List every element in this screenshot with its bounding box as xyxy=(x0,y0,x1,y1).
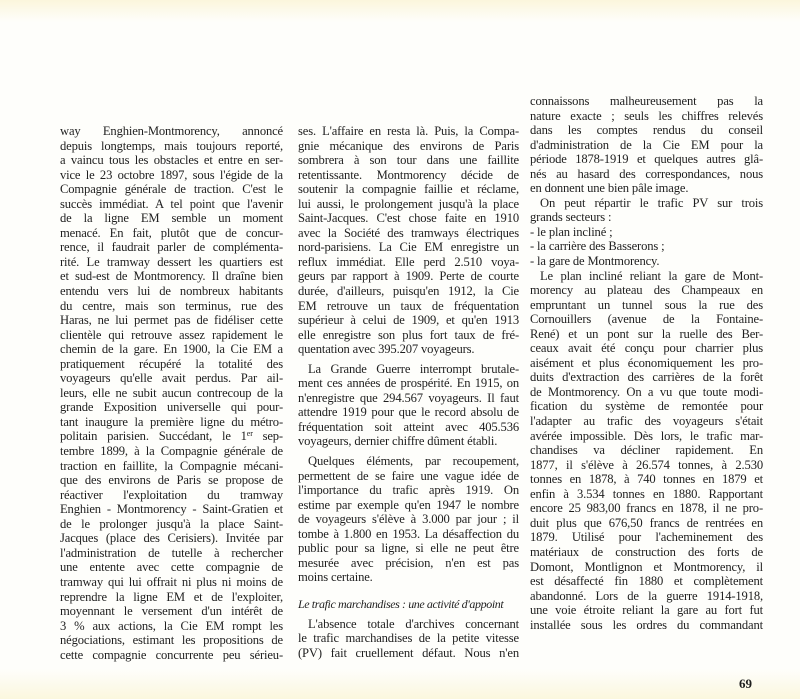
text-line: période 1878-1919 et quelques autres glâ… xyxy=(530,152,763,167)
text-line: 3 % aux actions, la Cie EM rompt les xyxy=(60,619,283,634)
text-line: nord-parisiens. La Cie EM enregistre un xyxy=(298,240,519,255)
text-line: l'administration de tutelle à rechercher xyxy=(60,546,283,561)
text-line: gnie mécanique des environs de Paris xyxy=(298,139,519,154)
text-line: durée, d'ailleurs, puisqu'en 1912, la Ci… xyxy=(298,284,519,299)
text-line: de Montmorency. On a vu que toute modi- xyxy=(530,385,763,400)
text-line: avérée impossible. Dès lors, le trafic m… xyxy=(530,429,763,444)
text-line: rence, il faudrait parler de complémenta… xyxy=(60,240,283,255)
text-line: tombe à 1.800 en 1953. La désaffection d… xyxy=(298,527,519,542)
text-line: duit plus que 676,50 francs de rentrées … xyxy=(530,516,763,531)
text-line: dans les comptes rendus du conseil xyxy=(530,123,763,138)
text-line: que des environs de Paris se propose de xyxy=(60,473,283,488)
text-line: de voyageurs s'élève à 3.000 par jour ; … xyxy=(298,512,519,527)
text-line: supérieur à celui de 1909, et qu'en 1913 xyxy=(298,313,519,328)
text-line: EM retrouve un taux de fréquentation xyxy=(298,299,519,314)
text-line: leurs, elle ne subit aucun contrecoup de… xyxy=(60,386,283,401)
text-line-with-superscript: politain parisien. Succédant, le 1er sep… xyxy=(60,429,283,444)
text-line: attendre 1919 pour que le record absolu … xyxy=(298,405,519,420)
text-line: d'administration de la Cie EM pour la xyxy=(530,138,763,153)
text-line: nature exacte ; seuls les chiffres relev… xyxy=(530,109,763,124)
text-line: Enghien - Montmorency - Saint-Gratien et xyxy=(60,502,283,517)
text-line: depuis longtemps, mais toujours reporté, xyxy=(60,139,283,154)
text-line: public pour sa ligne, si elle ne peut êt… xyxy=(298,541,519,556)
text-line: duits d'extraction des carrières de la f… xyxy=(530,370,763,385)
text-line: enfin à 3.534 tonnes en 1880. Rapportant xyxy=(530,487,763,502)
text-line: 1879. Utilisé pour l'acheminement des xyxy=(530,530,763,545)
text-line: quentation avec 395.207 voyageurs. xyxy=(298,342,519,357)
text-line: une voie étroite reliant la gare au fort… xyxy=(530,603,763,618)
text-line: ceaux avait été conçu pour charrier plus xyxy=(530,341,763,356)
text-column-middle: ses. L'affaire en resta là. Puis, la Com… xyxy=(298,124,519,660)
text-line: n'enregistre que 294.567 voyageurs. Il f… xyxy=(298,391,519,406)
text-line: tembre 1899, à la Compagnie générale de xyxy=(60,444,283,459)
text-line: menacé. En fait, plutôt que de concur- xyxy=(60,226,283,241)
text-line: way Enghien-Montmorency, annoncé xyxy=(60,124,283,139)
text-line: le trafic marchandises de la petite vite… xyxy=(298,631,519,646)
section-gap xyxy=(298,585,519,597)
text-line: chemin de la gare. En 1900, la Cie EM a xyxy=(60,342,283,357)
text-line: matériaux de construction des forts de xyxy=(530,545,763,560)
text-line: Saint-Jacques. C'est chose faite en 1910 xyxy=(298,211,519,226)
text-line: de la ligne EM semble un moment xyxy=(60,211,283,226)
text-line: entendu vers lui de nombreux habitants xyxy=(60,284,283,299)
text-line: moyennant le versement d'un intérêt de xyxy=(60,604,283,619)
text-line: tramway qui lui offrait ni plus ni moins… xyxy=(60,575,283,590)
page-number: 69 xyxy=(739,676,752,692)
text-column-left: way Enghien-Montmorency, annoncé depuis … xyxy=(60,124,283,662)
text-line: Jacques (place des Cerisiers). Invitée p… xyxy=(60,531,283,546)
text-line: ses. L'affaire en resta là. Puis, la Com… xyxy=(298,124,519,139)
text-line: a vaincu tous les obstacles et entre en … xyxy=(60,153,283,168)
text-line: aisément et plus économiquement les pro- xyxy=(530,356,763,371)
text-line: René) et un pont sur la ruelle des Ber- xyxy=(530,327,763,342)
text-line: sombrera à son tour dans une faillite xyxy=(298,153,519,168)
text-line: l'adapter au trafic des voyageurs s'étai… xyxy=(530,414,763,429)
page-edge-bottom xyxy=(0,669,800,699)
text-line: pratiquement récupéré la totalité des xyxy=(60,357,283,372)
text-line: L'absence totale d'archives concernant xyxy=(298,617,519,632)
text-line: retentissante. Montmorency décide de xyxy=(298,168,519,183)
text-line: reflux immédiat. Elle perd 2.510 voya- xyxy=(298,255,519,270)
text-line: Quelques éléments, par recoupement, xyxy=(298,454,519,469)
text-line: tonnes en 1878, à 740 tonnes en 1879 et xyxy=(530,472,763,487)
text-line: rité. Le tramway dessert les quartiers e… xyxy=(60,255,283,270)
text-line: permettent de se faire une vague idée de xyxy=(298,469,519,484)
text-line: traction en faillite, la Compagnie mécan… xyxy=(60,459,283,474)
text-line: voyageurs, dernier chiffre dûment établi… xyxy=(298,434,519,449)
text-line: est désaffecté fin 1880 et complètement xyxy=(530,574,763,589)
text-line: lui aussi, le prolongement jusqu'à la pl… xyxy=(298,197,519,212)
text-line: Compagnie générale de traction. C'est le xyxy=(60,182,283,197)
text-line: réactiver l'exploitation du tramway xyxy=(60,488,283,503)
text-line: 1877, il s'élève à 26.574 tonnes, à 2.53… xyxy=(530,458,763,473)
text-line: tant inaugure la première ligne du métro… xyxy=(60,415,283,430)
text-line: abandonné. Lors de la guerre 1914-1918, xyxy=(530,589,763,604)
text-line: nés au hasard des correspondances, nous xyxy=(530,167,763,182)
text-line: en donnent une bien pâle image. xyxy=(530,181,763,196)
text-line: encore 25 983,00 francs en 1878, il ne p… xyxy=(530,501,763,516)
text-line: et sud-est de Montmorency. Il draîne bie… xyxy=(60,269,283,284)
text-column-right: connaissons malheureusement pas la natur… xyxy=(530,94,763,632)
text-line: Cornouillers (avenue de la Fontaine- xyxy=(530,312,763,327)
list-item: - la carrière des Basserons ; xyxy=(530,239,763,254)
text-line: vice le 23 octobre 1897, sous l'égide de… xyxy=(60,168,283,183)
text-line: chandises va décliner rapidement. En xyxy=(530,443,763,458)
text-line: installée sous les ordres du commandant xyxy=(530,618,763,633)
text-line: soutenir la compagnie faillie et réclame… xyxy=(298,182,519,197)
text-line: avec la Société des tramways électriques xyxy=(298,226,519,241)
text-line: elle enregistre son plus fort taux de fr… xyxy=(298,328,519,343)
text-line: (PV) fait cruellement défaut. Nous n'en xyxy=(298,646,519,661)
text-line: voyageurs qu'elle avait perdus. Par ail- xyxy=(60,371,283,386)
text-line: l'importance du trafic après 1919. On xyxy=(298,483,519,498)
text-line: grande Exposition universelle qui pour- xyxy=(60,400,283,415)
text-line: succès immédiat. A tel point que l'aveni… xyxy=(60,197,283,212)
text-line: fication du système de remontée pour xyxy=(530,399,763,414)
text-line: geurs par rapport à 1909. Perte de court… xyxy=(298,269,519,284)
text-line: clientèle qui retrouve assez rapidement … xyxy=(60,328,283,343)
text-line: Le plan incliné reliant la gare de Mont- xyxy=(530,269,763,284)
text-line: Domont, Montlignon et Montmorency, il xyxy=(530,560,763,575)
text-line: du centre, mais son terminus, rue des xyxy=(60,299,283,314)
text-line: La Grande Guerre interrompt brutale- xyxy=(298,362,519,377)
text-line: une entente avec cette compagnie de xyxy=(60,560,283,575)
text-line: Haras, ne lui permet pas de fidéliser ce… xyxy=(60,313,283,328)
text-line: fréquentation soit atteint avec 405.536 xyxy=(298,420,519,435)
text-line: On peut répartir le trafic PV sur trois xyxy=(530,196,763,211)
text-line: grands secteurs : xyxy=(530,210,763,225)
text-line: ment ces années de prospérité. En 1915, … xyxy=(298,376,519,391)
page-edge-top xyxy=(0,0,800,22)
text-line: empruntant un tunnel sous la rue des xyxy=(530,298,763,313)
text-line: estime par exemple qu'en 1947 le nombre xyxy=(298,498,519,513)
text-line: connaissons malheureusement pas la xyxy=(530,94,763,109)
list-item: - le plan incliné ; xyxy=(530,225,763,240)
text-line: moins certaine. xyxy=(298,570,519,585)
text-line: reprendre la ligne EM et de l'exploiter, xyxy=(60,590,283,605)
section-subheading: Le trafic marchandises : une activité d'… xyxy=(298,597,519,612)
text-line: négociations, estimant les propositions … xyxy=(60,633,283,648)
text-line: de le prolonger jusqu'à la place Saint- xyxy=(60,517,283,532)
text-fragment: sep- xyxy=(253,429,283,443)
list-item: - la gare de Montmorency. xyxy=(530,254,763,269)
text-line: mesurée avec précision, n'en est pas xyxy=(298,556,519,571)
text-line: morency au plateau des Champeaux en xyxy=(530,283,763,298)
text-fragment: politain parisien. Succédant, le 1 xyxy=(60,429,247,443)
text-line: cette compagnie concurrente peu sérieu- xyxy=(60,648,283,663)
